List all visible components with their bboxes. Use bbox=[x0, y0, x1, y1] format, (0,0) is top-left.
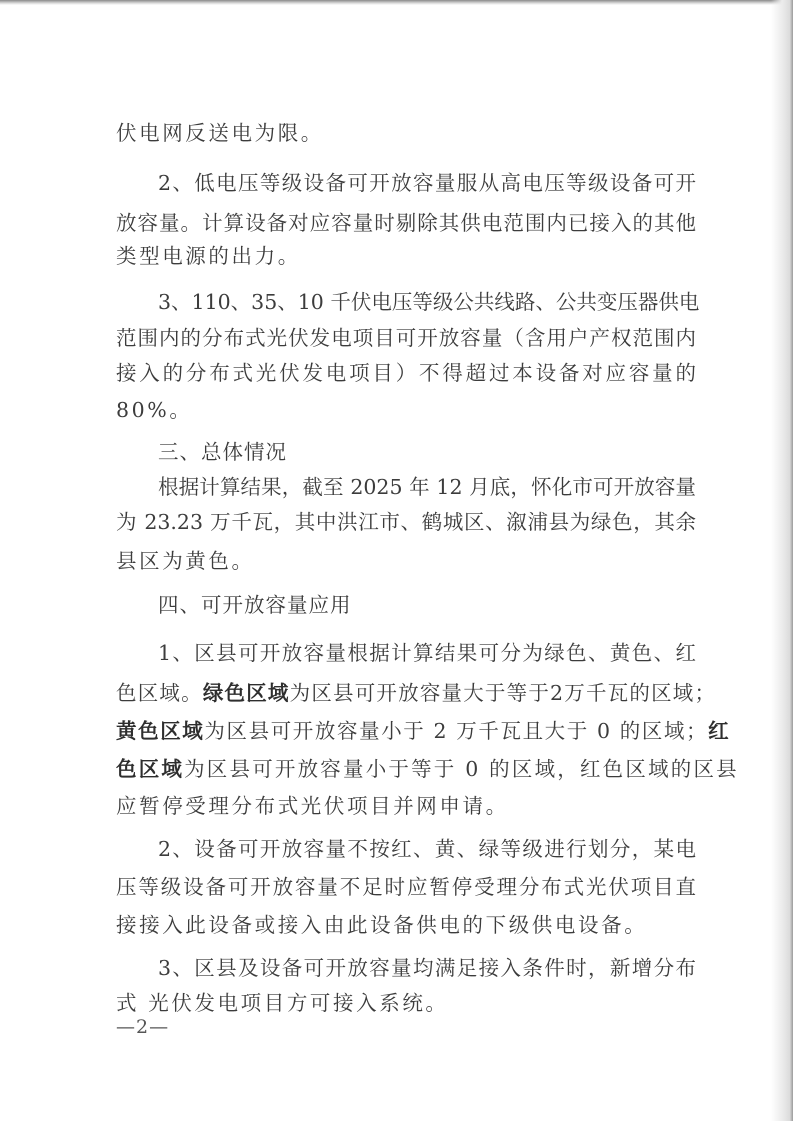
paragraph-line: 3、110、35、10 千伏电压等级公共线路、公共变压器供电 bbox=[158, 288, 696, 316]
paragraph-line: 80%。 bbox=[116, 396, 696, 424]
paragraph-line: 范围内的分布式光伏发电项目可开放容量（含用户产权范围内 bbox=[116, 324, 696, 352]
document-page: 伏电网反送电为限。 2、低电压等级设备可开放容量服从高电压等级设备可开 放容量。… bbox=[0, 0, 793, 1121]
paragraph-line: 色区域为区县可开放容量小于等于 0 的区域，红色区域的区县 bbox=[116, 755, 696, 783]
text-span: 为区县可开放容量小于 2 万千瓦且大于 0 的区域； bbox=[204, 719, 708, 743]
paragraph-line: 伏电网反送电为限。 bbox=[116, 119, 696, 147]
page-number: —2— bbox=[116, 1016, 169, 1038]
paragraph-line: 黄色区域为区县可开放容量小于 2 万千瓦且大于 0 的区域；红 bbox=[116, 717, 696, 745]
paragraph-line: 县区为黄色。 bbox=[116, 547, 696, 575]
paragraph-line: 压等级设备可开放容量不足时应暂停受理分布式光伏项目直 bbox=[116, 873, 696, 901]
text-span: 色区域。 bbox=[116, 681, 203, 705]
paragraph-line: 1、区县可开放容量根据计算结果可分为绿色、黄色、红 bbox=[158, 639, 696, 667]
paragraph-line: 应暂停受理分布式光伏项目并网申请。 bbox=[116, 792, 696, 820]
term-yellow-zone: 黄色区域 bbox=[116, 719, 204, 743]
term-red-zone-part1: 红 bbox=[708, 719, 730, 743]
term-green-zone: 绿色区域 bbox=[203, 681, 290, 705]
text-span: 为区县可开放容量小于等于 0 的区域，红色区域的区县 bbox=[184, 757, 739, 781]
paragraph-line: 为 23.23 万千瓦，其中洪江市、鹤城区、溆浦县为绿色，其余 bbox=[116, 508, 696, 536]
paragraph-line: 类型电源的出力。 bbox=[116, 242, 696, 270]
paragraph-line: 根据计算结果，截至 2025 年 12 月底，怀化市可开放容量 bbox=[158, 473, 696, 501]
paragraph-line: 3、区县及设备可开放容量均满足接入条件时，新增分布 bbox=[158, 954, 696, 982]
paragraph-line: 式 光伏发电项目方可接入系统。 bbox=[116, 989, 696, 1017]
section-heading-application: 四、可开放容量应用 bbox=[158, 591, 696, 619]
scan-top-edge-shadow bbox=[0, 0, 793, 5]
term-red-zone-part2: 色区域 bbox=[116, 757, 184, 781]
paragraph-line: 接入的分布式光伏发电项目）不得超过本设备对应容量的 bbox=[116, 359, 696, 387]
section-heading-overall: 三、总体情况 bbox=[158, 438, 696, 466]
paragraph-line: 接接入此设备或接入由此设备供电的下级供电设备。 bbox=[116, 911, 696, 939]
paragraph-line: 2、设备可开放容量不按红、黄、绿等级进行划分，某电 bbox=[158, 835, 696, 863]
paragraph-line: 放容量。计算设备对应容量时剔除其供电范围内已接入的其他 bbox=[116, 209, 696, 237]
scan-right-edge-shadow bbox=[771, 0, 793, 1121]
paragraph-line: 色区域。绿色区域为区县可开放容量大于等于2万千瓦的区域； bbox=[116, 679, 696, 707]
paragraph-line: 2、低电压等级设备可开放容量服从高电压等级设备可开 bbox=[158, 169, 696, 197]
text-span: 为区县可开放容量大于等于2万千瓦的区域； bbox=[290, 681, 717, 705]
